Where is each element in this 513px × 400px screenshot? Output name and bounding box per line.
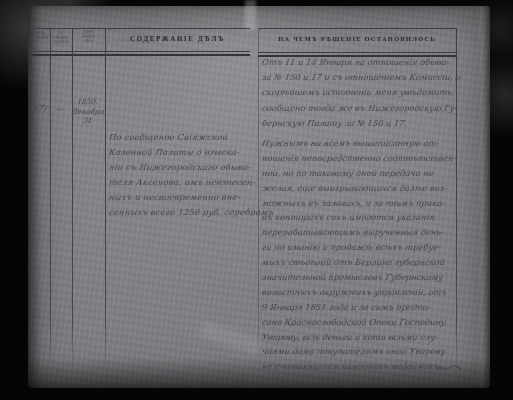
date-column-header: Времяначатіядѣлъ — [77, 30, 99, 43]
column-rule-3 — [72, 28, 73, 373]
header-bottom-rule-thin-right — [258, 52, 456, 53]
tape-mark — [245, 0, 256, 30]
resolution-paragraph-2: Нужнымъ на всемъ вышеписанную от-ношенія… — [261, 136, 457, 374]
entry-journal-mark: — — [55, 105, 63, 114]
order-number-column-header: № попорядку — [34, 31, 47, 40]
column-rule-4 — [105, 28, 106, 373]
header-bottom-rule-thin-left — [31, 51, 250, 52]
header-bottom-rule-thick-left — [31, 54, 250, 56]
ink-flourish-signature — [436, 362, 462, 374]
page-right-edge-highlight — [476, 6, 490, 388]
resolution-column-header: НА ЧЕМЪ РѢШЕНІЕ ОСТАНОВИЛОСЬ — [258, 36, 456, 43]
table-top-rule-left — [31, 28, 250, 29]
contents-column-header: СОДЕРЖАНІЕ ДѢЛЪ — [105, 35, 250, 43]
table-top-rule-right — [258, 28, 456, 29]
column-rule-1 — [31, 28, 32, 373]
entry-order-number: 17) — [33, 104, 46, 113]
resolution-paragraph-1: Отъ 11 и 14 Января на отношенія обыва-за… — [261, 55, 457, 131]
right-column-left-rule — [258, 28, 259, 368]
entry-date: 1850.Декабря31 — [71, 97, 103, 126]
entry-contents-text: По сообщенію СвіяжскойКазенной Палаты о … — [108, 130, 252, 220]
scanned-register-photo: 76 СОДЕРЖАНІЕ ДѢЛЪ НА ЧЕМЪ РѢШЕНІЕ ОСТАН… — [0, 0, 513, 400]
page-number: 76 — [474, 8, 484, 17]
column-rule-2 — [50, 28, 51, 373]
journal-number-column-header: № общагожурнала — [54, 31, 69, 44]
